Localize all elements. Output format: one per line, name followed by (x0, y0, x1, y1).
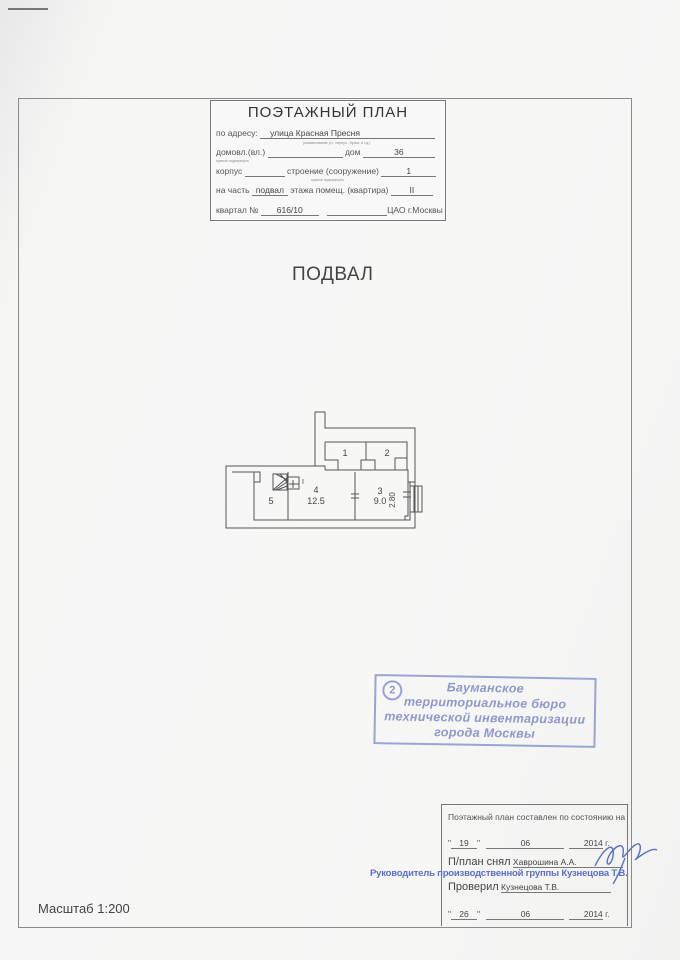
taken-label: П/план снял (448, 856, 511, 868)
korpus-value (245, 166, 285, 177)
room-4-area: 12.5 (307, 496, 325, 506)
floor-plan-drawing: 1 2 3 9.0 2.80 4 12.5 5 I (220, 400, 440, 540)
state-label: Поэтажный план составлен по состоянию на (448, 812, 621, 822)
room-1-number: 1 (342, 448, 347, 458)
address-hint: (наименование ул., переул., бульв. и т.д… (303, 141, 370, 145)
signature-icon (585, 836, 660, 886)
stair-marker: I (302, 479, 304, 486)
room-3-height: 2.80 (388, 492, 397, 508)
date-1-month: 06 (486, 838, 564, 849)
date-2: "26" 06 2014 г. (448, 909, 621, 920)
stroenie-label: строение (сооружение) (287, 166, 379, 176)
kvartal-value: 616/10 (261, 205, 319, 216)
room-4-number: 4 (313, 485, 318, 495)
district: ЦАО г.Москвы (387, 205, 443, 215)
kvartira-value: II (391, 185, 433, 196)
dom-hint: нужное подчеркнуть (216, 159, 249, 163)
date-2-suffix: г. (605, 909, 609, 919)
dom-label: дом (345, 147, 361, 157)
room-2-number: 2 (384, 448, 389, 458)
bti-stamp: 2 Бауманское территориальное бюро технич… (373, 674, 596, 748)
floor-label: ПОДВАЛ (292, 264, 374, 286)
address-value: улица Красная Пресня (260, 128, 435, 139)
room-5-number: 5 (268, 496, 273, 506)
kvartal-label: квартал № (216, 205, 258, 215)
date-2-day: 26 (451, 909, 477, 920)
floor-text: этажа помещ. (квартира) (290, 185, 388, 195)
part-label: на часть (216, 185, 250, 195)
date-1-day: 19 (451, 838, 477, 849)
part-row: на часть подвал этажа помещ. (квартира) … (216, 185, 441, 196)
district-blank (327, 205, 387, 216)
stroenie-value: 1 (381, 166, 436, 177)
document-title: ПОЭТАЖНЫЙ ПЛАН (211, 104, 445, 121)
floor-plan: 1 2 3 9.0 2.80 4 12.5 5 I (220, 400, 440, 540)
kvartal-row: квартал № 616/10 ЦАО г.Москвы (216, 205, 441, 216)
checked-label: Проверил (448, 881, 499, 893)
scale-label: Масштаб 1:200 (38, 901, 130, 916)
dom-row: домовл.(вл.) дом 36 (216, 147, 441, 158)
part-value: подвал (252, 185, 288, 196)
room-3-area: 9.0 (374, 496, 387, 506)
stroenie-hint: нужное подчеркнуть (311, 178, 344, 182)
domovl-label: домовл.(вл.) (216, 147, 265, 157)
date-2-year: 2014 (569, 909, 603, 920)
paper-edge-mark (8, 8, 48, 10)
address-label: по адресу: (216, 128, 258, 138)
room-3-number: 3 (377, 486, 382, 496)
korpus-label: корпус (216, 166, 242, 176)
date-2-month: 06 (486, 909, 564, 920)
korpus-row: корпус строение (сооружение) 1 (216, 166, 441, 177)
dom-value: 36 (363, 147, 435, 158)
domovl-value (268, 147, 343, 158)
title-block: ПОЭТАЖНЫЙ ПЛАН по адресу: улица Красная … (210, 100, 446, 221)
address-row: по адресу: улица Красная Пресня (216, 128, 441, 139)
scanned-page: ПОЭТАЖНЫЙ ПЛАН по адресу: улица Красная … (0, 0, 680, 960)
